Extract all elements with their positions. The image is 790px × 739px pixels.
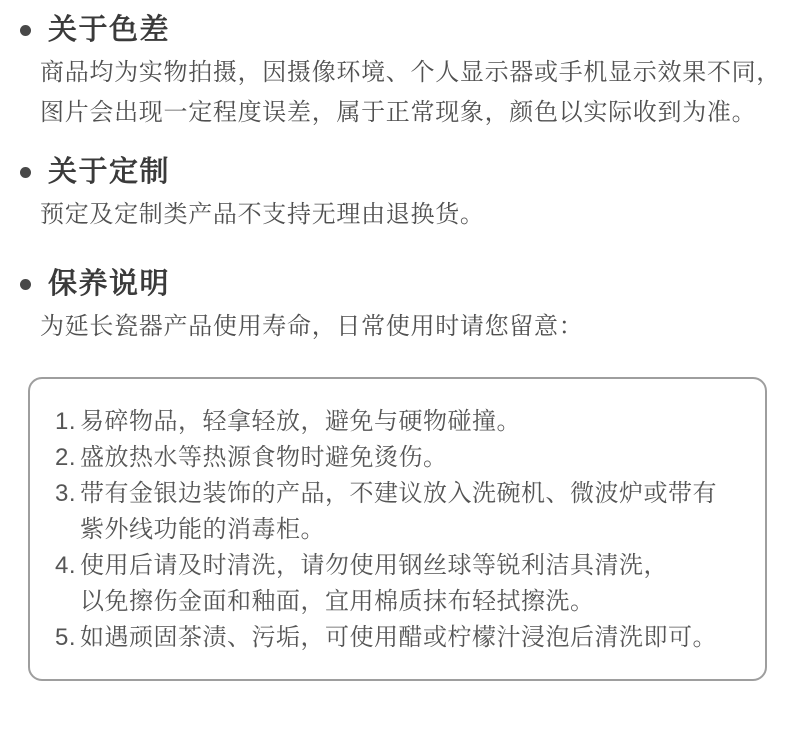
section-heading-row: 关于色差 — [0, 13, 790, 47]
body-line: 商品均为实物拍摄，因摄像环境、个人显示器或手机显示效果不同， — [40, 53, 790, 93]
care-list-item: 4. 使用后请及时清洗，请勿使用钢丝球等锐利洁具清洗， 以免擦伤金面和釉面，宜用… — [55, 548, 747, 620]
section-body-customization: 预定及定制类产品不支持无理由退换货。 — [40, 195, 790, 235]
care-list-item: 1. 易碎物品，轻拿轻放，避免与硬物碰撞。 — [55, 404, 747, 440]
section-heading-row: 关于定制 — [0, 155, 790, 189]
list-item-number: 5. — [55, 620, 80, 656]
list-item-text: 使用后请及时清洗，请勿使用钢丝球等锐利洁具清洗， 以免擦伤金面和釉面，宜用棉质抹… — [80, 548, 747, 620]
section-customization: 关于定制 预定及定制类产品不支持无理由退换货。 — [0, 155, 790, 235]
section-title-customization: 关于定制 — [48, 155, 170, 189]
bullet-icon — [20, 25, 31, 36]
section-title-care-instructions: 保养说明 — [48, 267, 170, 301]
section-care-instructions: 保养说明 为延长瓷器产品使用寿命，日常使用时请您留意： — [0, 267, 790, 347]
care-instructions-box: 1. 易碎物品，轻拿轻放，避免与硬物碰撞。 2. 盛放热水等热源食物时避免烫伤。… — [28, 377, 767, 681]
care-list-item: 3. 带有金银边装饰的产品，不建议放入洗碗机、微波炉或带有 紫外线功能的消毒柜。 — [55, 476, 747, 548]
care-list-item: 2. 盛放热水等热源食物时避免烫伤。 — [55, 440, 747, 476]
section-body-care-instructions: 为延长瓷器产品使用寿命，日常使用时请您留意： — [40, 307, 790, 347]
list-item-text: 带有金银边装饰的产品，不建议放入洗碗机、微波炉或带有 紫外线功能的消毒柜。 — [80, 476, 747, 548]
list-item-line: 使用后请及时清洗，请勿使用钢丝球等锐利洁具清洗， — [80, 548, 747, 584]
list-item-line: 紫外线功能的消毒柜。 — [80, 512, 747, 548]
section-body-color-difference: 商品均为实物拍摄，因摄像环境、个人显示器或手机显示效果不同， 图片会出现一定程度… — [40, 53, 790, 133]
list-item-text: 如遇顽固茶渍、污垢，可使用醋或柠檬汁浸泡后清洗即可。 — [80, 620, 747, 656]
list-item-line: 盛放热水等热源食物时避免烫伤。 — [80, 440, 747, 476]
list-item-number: 2. — [55, 440, 80, 476]
care-list-item: 5. 如遇顽固茶渍、污垢，可使用醋或柠檬汁浸泡后清洗即可。 — [55, 620, 747, 656]
body-line: 预定及定制类产品不支持无理由退换货。 — [40, 195, 790, 235]
product-description-page: 关于色差 商品均为实物拍摄，因摄像环境、个人显示器或手机显示效果不同， 图片会出… — [0, 0, 790, 739]
list-item-line: 易碎物品，轻拿轻放，避免与硬物碰撞。 — [80, 404, 747, 440]
list-item-number: 3. — [55, 476, 80, 548]
list-item-number: 4. — [55, 548, 80, 620]
list-item-line: 如遇顽固茶渍、污垢，可使用醋或柠檬汁浸泡后清洗即可。 — [80, 620, 747, 656]
section-title-color-difference: 关于色差 — [48, 13, 170, 47]
body-line: 图片会出现一定程度误差，属于正常现象，颜色以实际收到为准。 — [40, 93, 790, 133]
body-line: 为延长瓷器产品使用寿命，日常使用时请您留意： — [40, 307, 790, 347]
section-color-difference: 关于色差 商品均为实物拍摄，因摄像环境、个人显示器或手机显示效果不同， 图片会出… — [0, 13, 790, 133]
list-item-text: 易碎物品，轻拿轻放，避免与硬物碰撞。 — [80, 404, 747, 440]
list-item-line: 带有金银边装饰的产品，不建议放入洗碗机、微波炉或带有 — [80, 476, 747, 512]
list-item-text: 盛放热水等热源食物时避免烫伤。 — [80, 440, 747, 476]
section-heading-row: 保养说明 — [0, 267, 790, 301]
list-item-number: 1. — [55, 404, 80, 440]
list-item-line: 以免擦伤金面和釉面，宜用棉质抹布轻拭擦洗。 — [80, 584, 747, 620]
bullet-icon — [20, 279, 31, 290]
bullet-icon — [20, 167, 31, 178]
